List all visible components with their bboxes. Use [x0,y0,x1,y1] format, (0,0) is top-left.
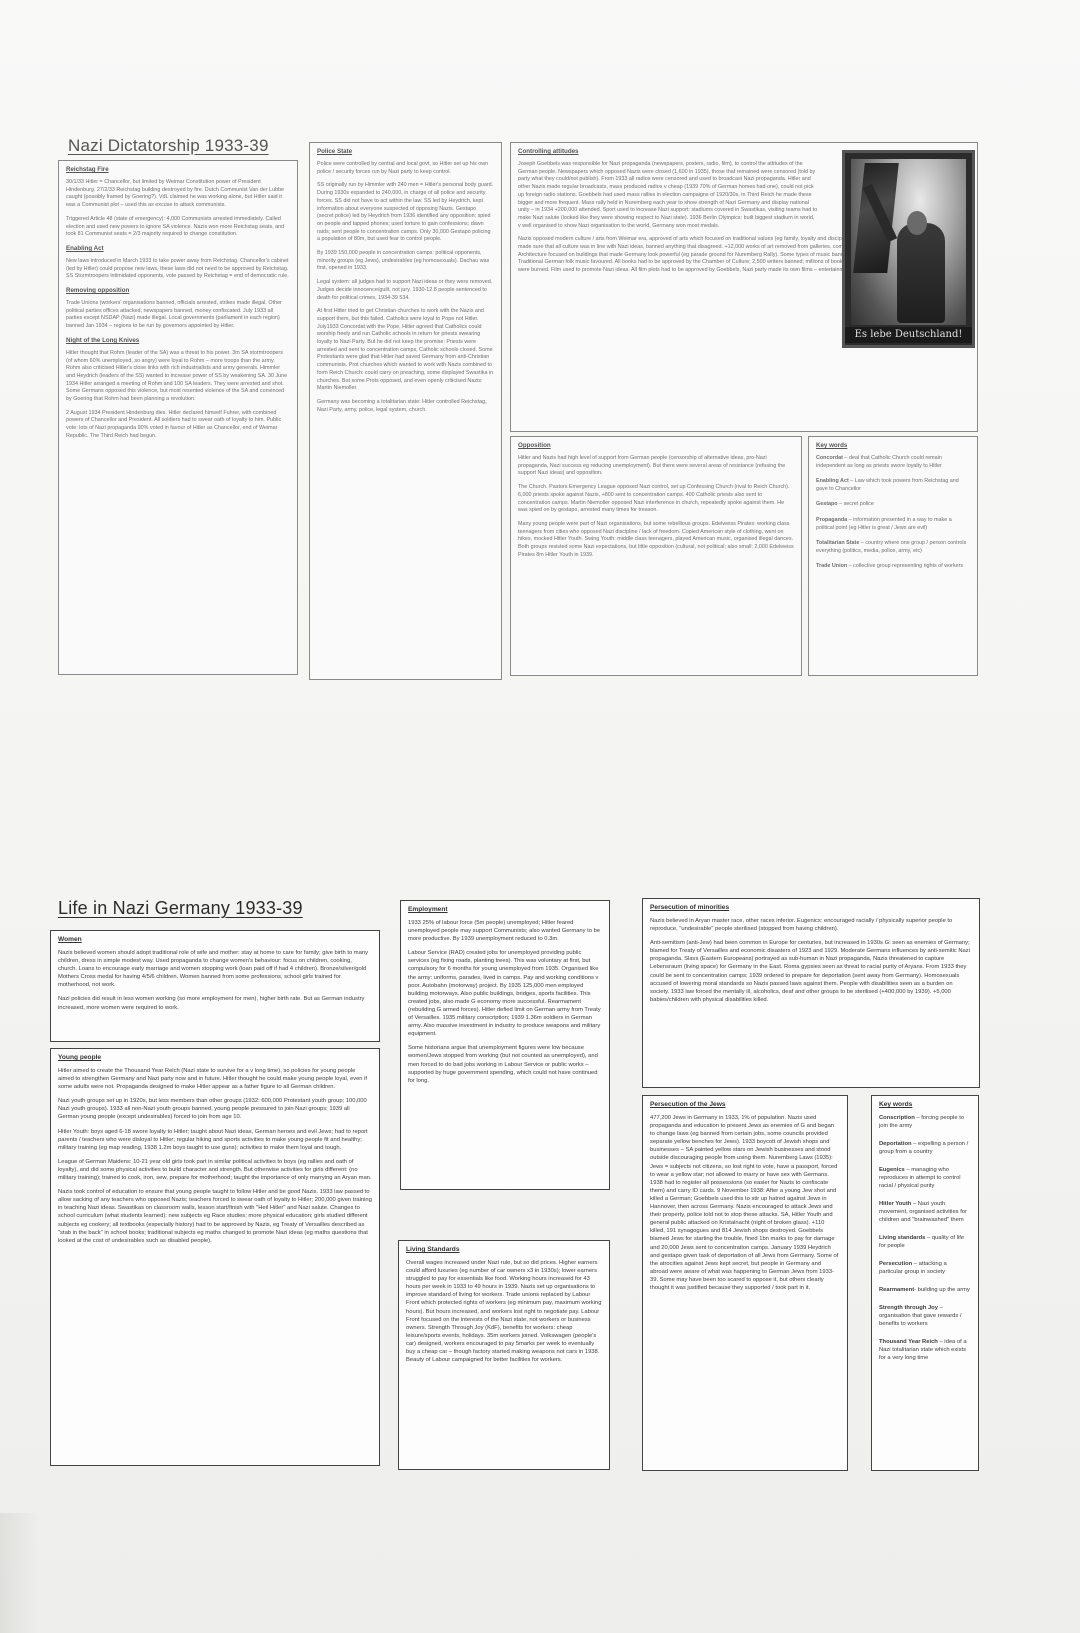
keyword-term: Living standards [879,1235,925,1241]
box-employment: Employment 1933 25% of labour force (5m … [400,900,610,1190]
box-key-words-1: Key words Concordat – deal that Catholic… [808,436,978,676]
section-heading: Police State [317,148,494,155]
keyword-item: Gestapo – secret police [816,501,970,509]
paragraph: Joseph Goebbels was responsible for Nazi… [518,161,818,230]
box-young-people: Young people Hitler aimed to create the … [50,1048,380,1466]
paragraph: By 1939 150,000 people in concentration … [317,250,494,273]
box-persecution-minorities: Persecution of minorities Nazis believed… [642,898,980,1088]
keyword-item: Totalitarian State – country where one g… [816,540,970,555]
paragraph: Overall wages increased under Nazi rule,… [406,1259,602,1364]
paragraph: Triggered Article 48 (state of emergency… [66,216,290,239]
box-police-state: Police State Police were controlled by c… [309,142,502,680]
box-key-words-2: Key words Conscription – forcing people … [871,1095,979,1471]
paragraph: Nazis believed in Aryan master race, oth… [650,917,972,933]
keyword-term: Trade Union [816,563,847,569]
paragraph: Germany was becoming a totalitarian stat… [317,399,494,414]
paragraph: The Church. Pastors Emergency League opp… [518,484,794,515]
keyword-definition: - building up the army [914,1287,970,1293]
section-heading: Enabling Act [66,245,290,252]
keyword-term: Thousand Year Reich [879,1339,938,1345]
paragraph: At first Hitler tried to get Christian c… [317,308,494,393]
paragraph: Police were controlled by central and lo… [317,161,494,176]
keyword-term: Rearmament [879,1287,914,1293]
keyword-item: Hitler Youth – Nazi youth movement, orga… [879,1200,971,1224]
keyword-item: Living standards – quality of life for p… [879,1234,971,1250]
keyword-item: Eugenics – managing who reproduces in at… [879,1166,971,1190]
keyword-item: Strength through Joy – organisation that… [879,1304,971,1328]
keyword-item: Persecution – attacking a particular gro… [879,1260,971,1276]
keyword-term: Gestapo [816,501,838,507]
paragraph: Trade Unions (workers' organisations ban… [66,300,290,331]
paragraph: Labour Service (RAD) created jobs for un… [408,949,602,1038]
page-title-nazi-dictatorship: Nazi Dictatorship 1933-39 [68,136,269,156]
box-reichstag-fire: Reichstag Fire 30/1/33 Hitler = Chancell… [58,160,298,675]
paragraph: Nazi policies did result in less women w… [58,995,372,1011]
paragraph: Some historians argue that unemployment … [408,1044,602,1084]
section-heading: Key words [816,442,970,449]
section-heading: Persecution of minorities [650,904,972,911]
paragraph: 2 August 1934 President Hindenburg dies.… [66,410,290,441]
box-persecution-jews: Persecution of the Jews 477,200 Jews in … [642,1095,848,1471]
keyword-definition: – secret police [838,501,874,507]
keyword-item: Propaganda – information presented in a … [816,517,970,532]
box-living-standards: Living Standards Overall wages increased… [398,1240,610,1470]
section-heading: Living Standards [406,1246,602,1253]
paragraph: 1933 25% of labour force (5m people) une… [408,919,602,943]
keyword-term: Totalitarian State [816,540,859,546]
paragraph: 30/1/33 Hitler = Chancellor, but limited… [66,179,290,210]
keyword-term: Hitler Youth [879,1201,911,1207]
paragraph: Nazis took control of education to ensur… [58,1188,372,1245]
paragraph: Hitler Youth: boys aged 6-18 swore loyal… [58,1128,372,1152]
section-heading: Women [58,936,372,943]
section-heading: Key words [879,1101,971,1108]
section-heading: Employment [408,906,602,913]
box-opposition: Opposition Hitler and Nazis had high lev… [510,436,802,676]
keyword-definition: – collective group representing rights o… [847,563,963,569]
scan-shadow [0,1513,40,1633]
keyword-item: Concordat – deal that Catholic Church co… [816,455,970,470]
paragraph: Legal system: all judges had to support … [317,279,494,302]
paragraph: Many young people were part of Nazi orga… [518,521,794,560]
paragraph: Nazi youth groups set up in 1920s, but l… [58,1097,372,1121]
keyword-item: Enabling Act – Law which took powers fro… [816,478,970,493]
poster-head [907,211,927,235]
keyword-item: Thousand Year Reich – idea of a Nazi tot… [879,1338,971,1362]
paragraph: Nazis believed women should adopt tradit… [58,949,372,989]
keyword-item: Conscription – forcing people to join th… [879,1114,971,1130]
section-heading: Persecution of the Jews [650,1101,840,1108]
section-heading: Opposition [518,442,794,449]
keyword-term: Propaganda [816,517,847,523]
keyword-term: Eugenics [879,1167,905,1173]
paragraph: Hitler aimed to create the Thousand Year… [58,1067,372,1091]
scanned-revision-sheet: Nazi Dictatorship 1933-39 Reichstag Fire… [0,0,1080,1633]
keyword-term: Strength through Joy [879,1305,938,1311]
paragraph: Hitler and Nazis had high level of suppo… [518,455,794,478]
paragraph: League of German Maidens: 10-21 year old… [58,1158,372,1182]
keyword-term: Deportation [879,1141,912,1147]
keyword-term: Concordat [816,455,843,461]
page-title-life-in-nazi-germany: Life in Nazi Germany 1933-39 [58,898,303,919]
keyword-term: Enabling Act [816,478,849,484]
keyword-item: Deportation – expelling a person / group… [879,1140,971,1156]
paragraph: Anti-semitism (anti-Jew) had been common… [650,939,972,1004]
paragraph: Hitler thought that Rohm (leader of the … [66,350,290,404]
poster-figure [897,223,945,323]
propaganda-poster-image: Es lebe Deutschland! [842,150,975,348]
section-heading: Reichstag Fire [66,166,290,173]
section-heading: Removing opposition [66,287,290,294]
poster-caption: Es lebe Deutschland! [845,327,972,343]
paragraph: New laws introduced in March 1933 to tak… [66,258,290,281]
keyword-item: Rearmament- building up the army [879,1286,971,1294]
paragraph: 477,200 Jews in Germany in 1933, 1% of p… [650,1114,840,1292]
keyword-term: Conscription [879,1115,915,1121]
keyword-term: Persecution [879,1261,912,1267]
section-heading: Young people [58,1054,372,1061]
paragraph: SS originally run by Himmler with 240 me… [317,182,494,244]
keyword-item: Trade Union – collective group represent… [816,563,970,571]
box-women: Women Nazis believed women should adopt … [50,930,380,1042]
section-heading: Night of the Long Knives [66,337,290,344]
